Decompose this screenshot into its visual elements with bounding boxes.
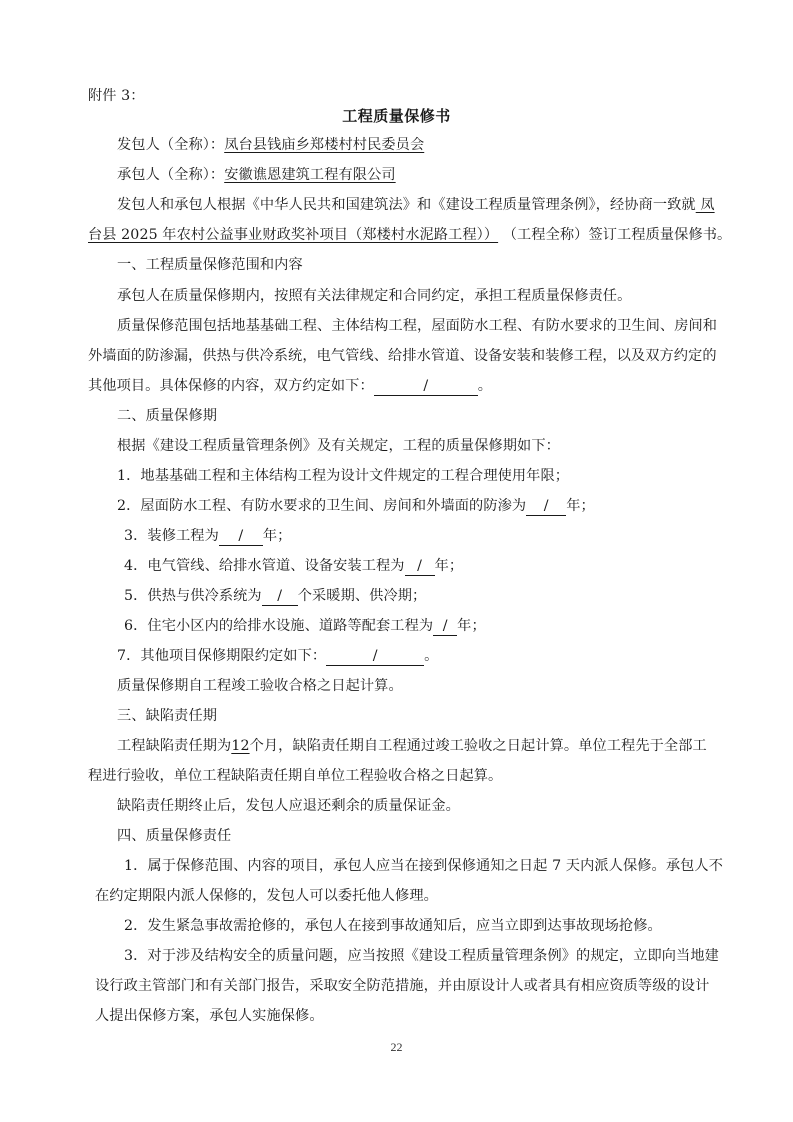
- defect-period-label: 工程缺陷责任期为: [117, 738, 231, 754]
- warranty-item-1: 1．地基基础工程和主体结构工程为设计文件规定的工程合理使用年限；: [117, 466, 569, 486]
- responsibility-item-3-line1: 3．对于涉及结构安全的质量问题，应当按照《建设工程质量管理条例》的规定，立即向当…: [124, 946, 719, 966]
- section1-para2-line2: 外墙面的防渗漏，供热与供冷系统，电气管线、给排水管道、设备安装和装修工程，以及双…: [88, 346, 717, 366]
- responsibility-item-1-line1: 1．属于保修范围、内容的项目，承包人应当在接到保修通知之日起 7 天内派人保修。…: [124, 856, 723, 876]
- project-name-part2: 台县 2025 年农村公益事业财政奖补项目（郑楼村水泥路工程））: [88, 227, 498, 243]
- item-suffix: 个采暖期、供冷期；: [298, 588, 427, 604]
- section3-para1-line2: 程进行验收，单位工程缺陷责任期自单位工程验收合格之日起算。: [88, 766, 502, 786]
- defect-period-suffix: 个月，缺陷责任期自工程通过竣工验收之日起计算。单位工程先于全部工: [250, 738, 707, 754]
- section4-heading: 四、质量保修责任: [117, 826, 231, 846]
- document-title: 工程质量保修书: [0, 106, 793, 126]
- item-blank: /: [219, 528, 263, 546]
- employer-line: 发包人（全称）：凤台县钱庙乡郑楼村村民委员会: [117, 135, 424, 155]
- item-suffix: 年；: [263, 528, 292, 544]
- warranty-item-6: 6．住宅小区内的给排水设施、道路等配套工程为/年；: [124, 616, 486, 636]
- item-suffix: 年；: [566, 498, 595, 514]
- warranty-item-3: 3．装修工程为/年；: [124, 526, 291, 546]
- section3-para1-line1: 工程缺陷责任期为12个月，缺陷责任期自工程通过竣工验收之日起计算。单位工程先于全…: [117, 736, 707, 756]
- contractor-line: 承包人（全称）：安徽谯恩建筑工程有限公司: [117, 165, 396, 185]
- page-number: 22: [0, 1040, 793, 1055]
- section2-closing: 质量保修期自工程竣工验收合格之日起计算。: [117, 676, 403, 696]
- contractor-label: 承包人（全称）：: [117, 167, 224, 183]
- scope-label: 其他项目。具体保修的内容，双方约定如下：: [88, 378, 374, 394]
- section3-para2: 缺陷责任期终止后，发包人应退还剩余的质量保证金。: [117, 796, 460, 816]
- responsibility-item-1-line2: 在约定期限内派人保修的，发包人可以委托他人修理。: [95, 886, 438, 906]
- item-label: 4．电气管线、给排水管道、设备安装工程为: [124, 558, 405, 574]
- warranty-item-5: 5．供热与供冷系统为/个采暖期、供冷期；: [124, 586, 426, 606]
- item-suffix: 年；: [435, 558, 464, 574]
- warranty-item-7: 7．其他项目保修期限约定如下：/。: [117, 646, 438, 666]
- warranty-item-4: 4．电气管线、给排水管道、设备安装工程为/年；: [124, 556, 463, 576]
- scope-suffix: 。: [478, 378, 492, 394]
- section1-para1: 承包人在质量保修期内，按照有关法律规定和合同约定，承担工程质量保修责任。: [117, 286, 631, 306]
- section2-heading: 二、质量保修期: [117, 406, 217, 426]
- item-label: 5．供热与供冷系统为: [124, 588, 262, 604]
- item-suffix: 。: [424, 648, 438, 664]
- intro-line-1: 发包人和承包人根据《中华人民共和国建筑法》和《建设工程质量管理条例》，经协商一致…: [117, 195, 715, 215]
- item-label: 2．屋面防水工程、有防水要求的卫生间、房间和外墙面的防渗为: [117, 498, 526, 514]
- employer-label: 发包人（全称）：: [117, 137, 224, 153]
- attachment-label: 附件 3：: [88, 86, 145, 106]
- item-suffix: 年；: [457, 618, 486, 634]
- responsibility-item-2: 2．发生紧急事故需抢修的，承包人在接到事故通知后，应当立即到达事故现场抢修。: [124, 916, 662, 936]
- responsibility-item-3-line3: 人提出保修方案，承包人实施保修。: [95, 1006, 324, 1026]
- item-blank: /: [262, 588, 298, 606]
- project-name-part1: 凤: [696, 197, 715, 213]
- item-blank: /: [526, 498, 566, 516]
- item-label: 7．其他项目保修期限约定如下：: [117, 648, 326, 664]
- section1-heading: 一、工程质量保修范围和内容: [117, 255, 303, 275]
- section2-intro: 根据《建设工程质量管理条例》及有关规定，工程的质量保修期如下：: [117, 436, 560, 456]
- warranty-item-2: 2．屋面防水工程、有防水要求的卫生间、房间和外墙面的防渗为/年；: [117, 496, 595, 516]
- document-page: 附件 3： 工程质量保修书 发包人（全称）：凤台县钱庙乡郑楼村村民委员会 承包人…: [0, 0, 793, 1122]
- defect-period-months: 12: [231, 738, 249, 754]
- section1-para2-line3: 其他项目。具体保修的内容，双方约定如下：/。: [88, 376, 492, 396]
- intro-line-2: 台县 2025 年农村公益事业财政奖补项目（郑楼村水泥路工程）） （工程全称）签…: [88, 225, 731, 245]
- intro-text: 发包人和承包人根据《中华人民共和国建筑法》和《建设工程质量管理条例》，经协商一致…: [117, 197, 696, 213]
- contractor-name: 安徽谯恩建筑工程有限公司: [224, 167, 395, 183]
- item-blank: /: [433, 618, 457, 636]
- responsibility-item-3-line2: 设行政主管部门和有关部门报告，采取安全防范措施，并由原设计人或者具有相应资质等级…: [95, 976, 709, 996]
- intro-suffix: （工程全称）签订工程质量保修书。: [498, 227, 731, 243]
- item-label: 3．装修工程为: [124, 528, 219, 544]
- item-blank: /: [326, 648, 424, 666]
- item-label: 6．住宅小区内的给排水设施、道路等配套工程为: [124, 618, 433, 634]
- section1-para2-line1: 质量保修范围包括地基基础工程、主体结构工程，屋面防水工程、有防水要求的卫生间、房…: [117, 316, 717, 336]
- employer-name: 凤台县钱庙乡郑楼村村民委员会: [224, 137, 424, 153]
- item-blank: /: [405, 558, 435, 576]
- section3-heading: 三、缺陷责任期: [117, 706, 217, 726]
- scope-blank: /: [374, 378, 478, 396]
